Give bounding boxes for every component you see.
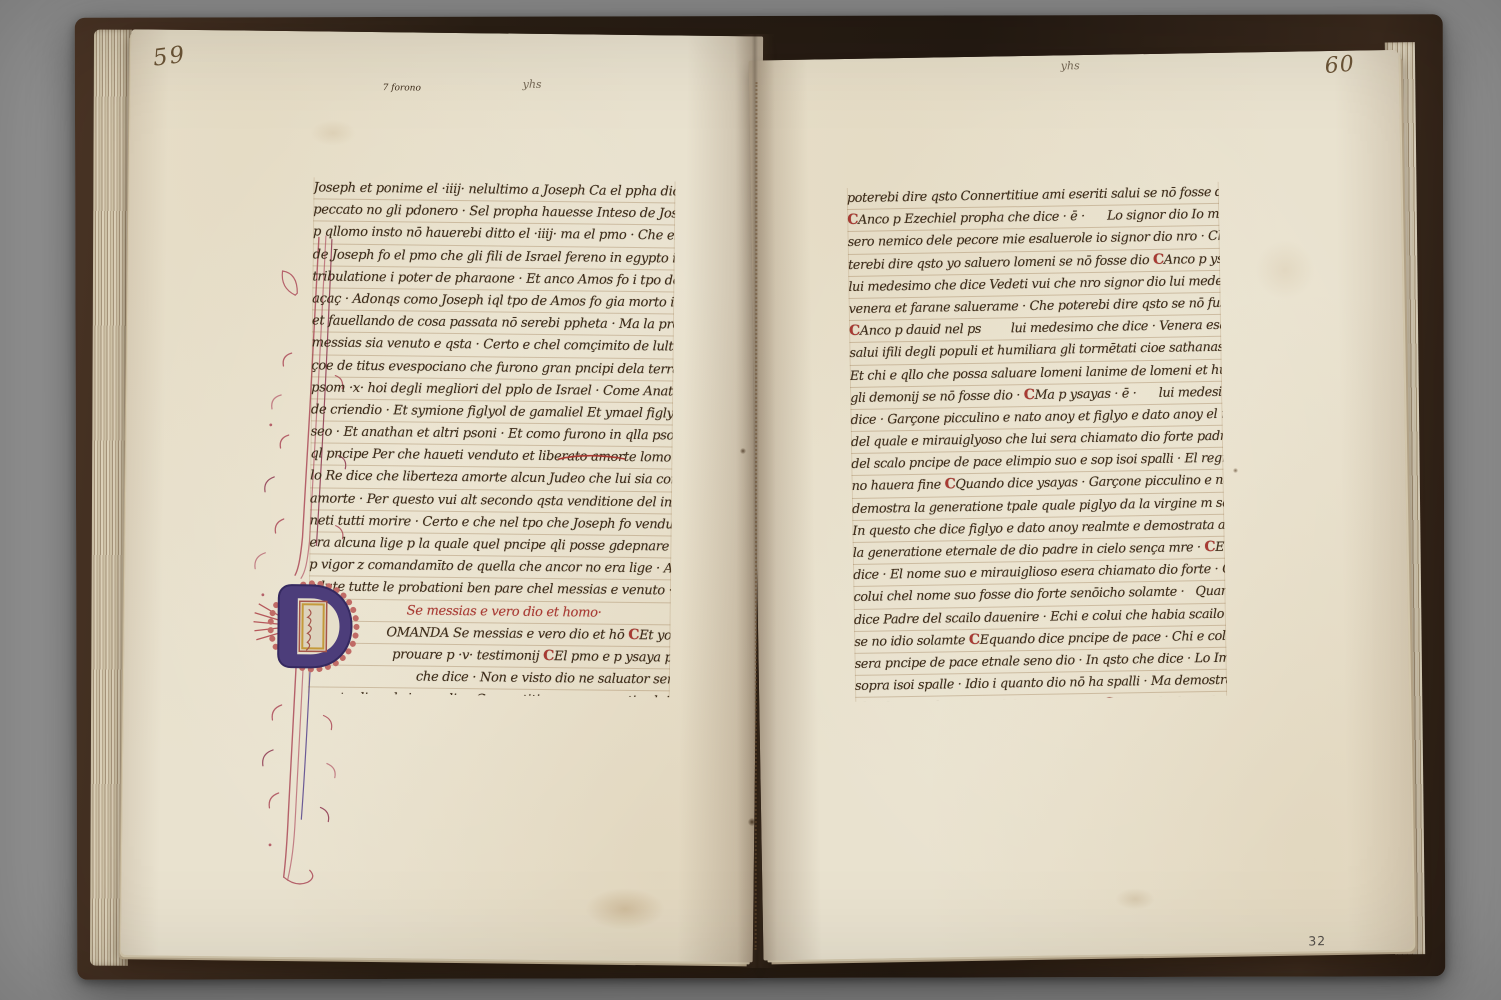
red-paragraph-mark: C xyxy=(1204,539,1215,555)
red-paragraph-mark: C xyxy=(945,477,956,493)
interlinear-correction: 7 forono xyxy=(383,83,421,93)
red-paragraph-mark: C xyxy=(847,212,858,228)
folio-number-right: 60 xyxy=(1324,52,1356,79)
yhs-christogram-left: yhs xyxy=(523,78,542,91)
yhs-christogram-right: yhs xyxy=(1061,59,1080,72)
illuminated-initial-D xyxy=(252,573,363,680)
red-paragraph-mark: C xyxy=(969,632,980,648)
manuscript-text-right: poterebi dire qsto Connertitiue ami eser… xyxy=(847,182,1227,702)
red-paragraph-mark: C xyxy=(1103,696,1114,702)
corner-stamp-number: 32 xyxy=(1308,933,1326,948)
red-paragraph-mark: C xyxy=(1153,251,1164,267)
manuscript-photo: 59 yhs xyxy=(0,0,1501,1000)
right-page-folio-60: 60 yhs poterebi dire qsto Connertitiue a… xyxy=(749,50,1414,961)
folio-number-left: 59 xyxy=(151,42,187,72)
left-page-folio-59: 59 yhs xyxy=(121,29,763,962)
manuscript-text-left: Joseph et ponime el ·iiij· nelultimo a J… xyxy=(308,177,676,697)
red-paragraph-mark: C xyxy=(543,648,554,664)
gutter-stitching xyxy=(755,82,758,950)
red-paragraph-mark: C xyxy=(1024,387,1035,403)
red-paragraph-mark: C xyxy=(849,323,860,339)
red-paragraph-mark: C xyxy=(628,627,639,643)
codex-book: 59 yhs xyxy=(75,14,1446,980)
rubric-swash-line xyxy=(556,452,626,463)
